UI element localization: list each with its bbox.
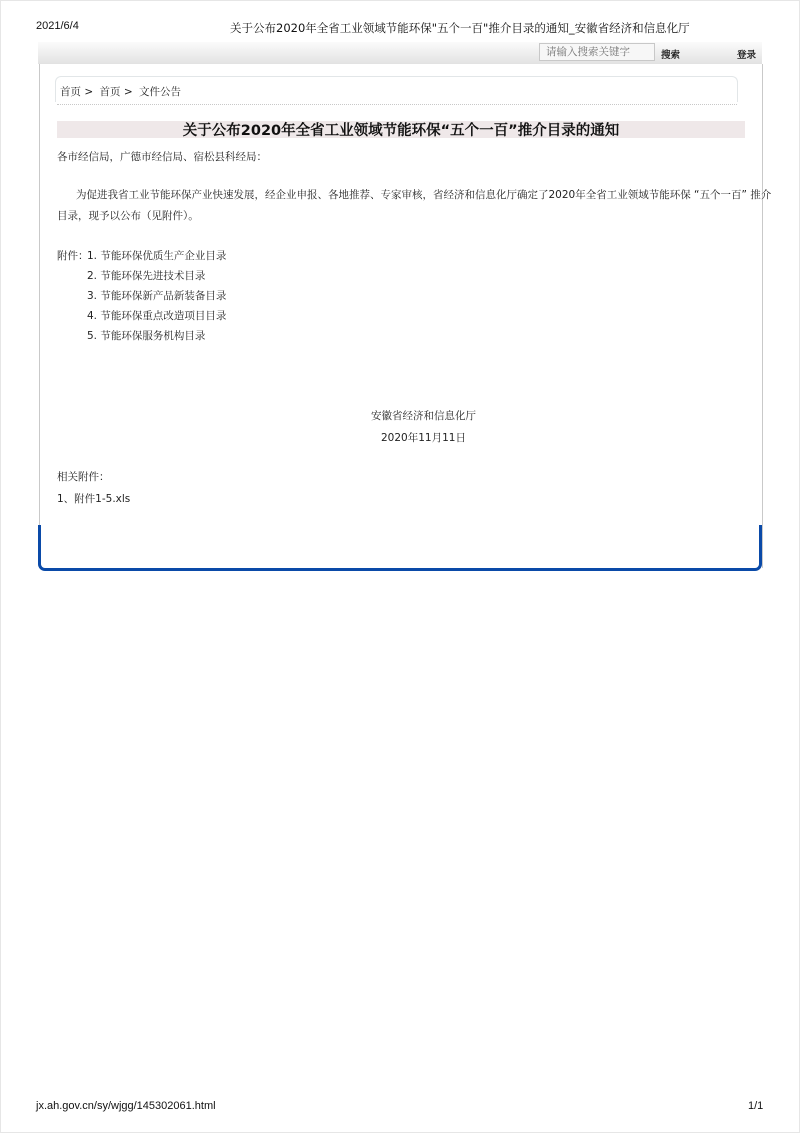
print-date: 2021/6/4: [36, 20, 79, 32]
signature-organization: 安徽省经济和信息化厅: [371, 408, 476, 423]
signature-date: 2020年11月11日: [381, 430, 466, 445]
print-title: 关于公布2020年全省工业领域节能环保"五个一百"推介目录的通知_安徽省经济和信…: [230, 20, 690, 36]
salutation: 各市经信局，广德市经信局、宿松县科经局：: [57, 149, 267, 164]
body-paragraph-line-1: 为促进我省工业节能环保产业快速发展，经企业申报、各地推荐、专家审核，省经济和信息…: [76, 187, 771, 202]
search-input[interactable]: [539, 43, 655, 61]
related-attachment-link[interactable]: 1、附件1-5.xls: [57, 491, 130, 506]
related-attachments-label: 相关附件：: [57, 469, 110, 484]
body-paragraph-line-2: 目录，现予以公布（见附件）。: [57, 208, 199, 223]
breadcrumb-file-notices[interactable]: 文件公告: [139, 86, 181, 98]
print-page-number: 1/1: [748, 1100, 763, 1112]
attachment-item: 1. 节能环保优质生产企业目录: [87, 248, 226, 263]
attachments-label: 附件：: [57, 248, 89, 263]
attachment-item: 4. 节能环保重点改造项目目录: [87, 308, 226, 323]
breadcrumb-home-2[interactable]: 首页 >: [99, 86, 132, 98]
attachment-item: 2. 节能环保先进技术目录: [87, 268, 205, 283]
content-frame-bottom-fill: [41, 525, 759, 568]
breadcrumb-divider: [57, 104, 737, 105]
attachment-item: 3. 节能环保新产品新装备目录: [87, 288, 226, 303]
breadcrumb: 首页 > 首页 > 文件公告: [60, 84, 184, 99]
search-button[interactable]: 搜索: [661, 47, 680, 61]
login-link[interactable]: 登录: [737, 47, 756, 61]
article-title: 关于公布2020年全省工业领域节能环保“五个一百”推介目录的通知: [57, 119, 745, 140]
breadcrumb-home[interactable]: 首页 >: [60, 86, 93, 98]
print-url: jx.ah.gov.cn/sy/wjgg/145302061.html: [36, 1100, 216, 1112]
attachment-item: 5. 节能环保服务机构目录: [87, 328, 205, 343]
